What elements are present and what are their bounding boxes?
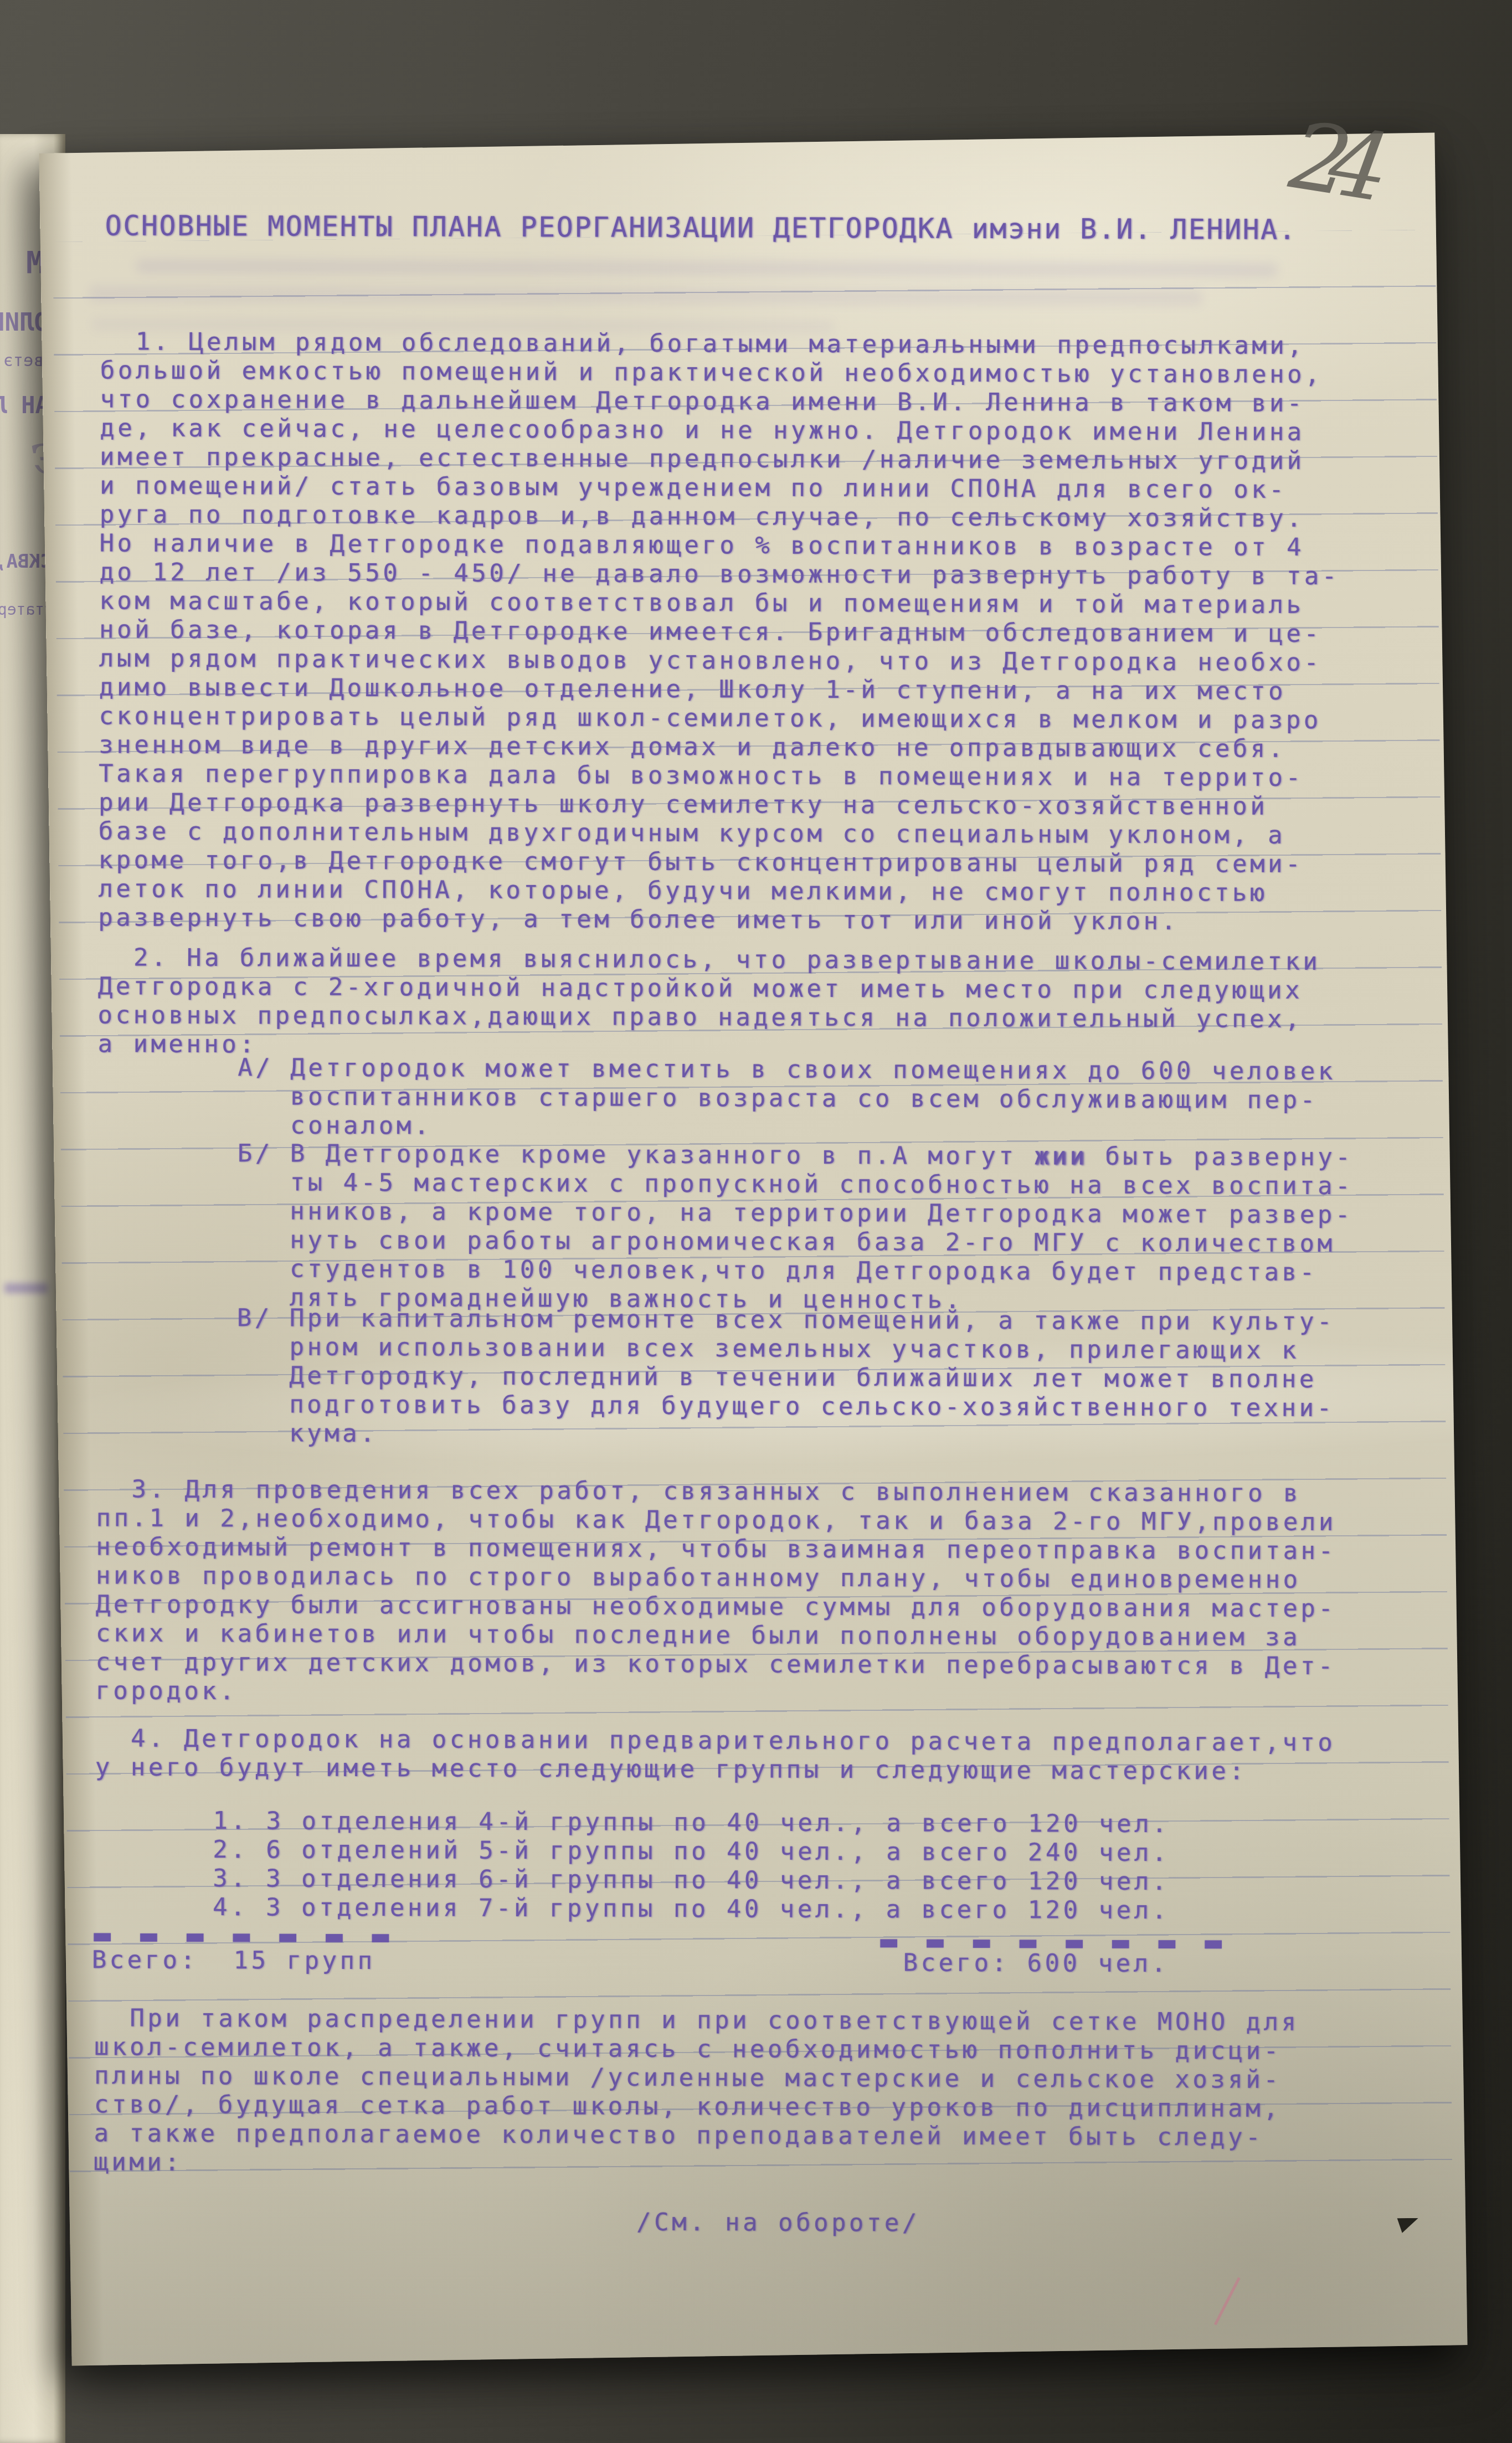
groups-list: 1. 3 отделения 4-й группы по 40 чел., а … [213,1807,1170,1925]
paragraph-3: 3. Для проведения всех работ, связанных … [95,1475,1336,1710]
item-b-marker: Б/ [238,1139,273,1168]
verso-note: /См. на обороте/ [636,2208,920,2238]
faded-ghost-line [136,259,1277,277]
paragraph-1: 1. Целым рядом обследований, богатыми ма… [98,327,1340,937]
document-page: ОСНОВНЫЕ МОМЕНТЫ ПЛАНА РЕОРГАНИЗАЦИИ ДЕТ… [39,133,1468,2366]
item-b-text: В Детгородке кроме указанного в п.А могу… [290,1140,1353,1316]
item-a-text: Детгородок может вместить в своих помеще… [290,1054,1336,1144]
total-people: Всего: 600 чел. [903,1948,1169,1978]
document-title: ОСНОВНЫЕ МОМЕНТЫ ПЛАНА РЕОРГАНИЗАЦИИ ДЕТ… [105,211,1297,244]
total-groups: Всего: 15 групп [92,1946,376,1976]
faded-ghost-line [89,285,1202,306]
item-v-marker: В/ [237,1304,272,1333]
item-v-text: При капитальном ремонте всех помещений, … [289,1304,1335,1452]
paragraph-4: 4. Детгородок на основании предварительн… [95,1724,1336,1786]
typewriter-overstrike: жии [1036,1143,1089,1171]
photo-backdrop: ОМ ПОЛИНКОПЗ Советэ НАН ЛЕЯ Є ОСКВА, М м… [0,0,1512,2443]
paragraph-5: При таком распределении групп и при соот… [94,2004,1299,2181]
typewritten-content: ОСНОВНЫЕ МОМЕНТЫ ПЛАНА РЕОРГАНИЗАЦИИ ДЕТ… [35,151,1438,2369]
item-a-marker: А/ [238,1053,273,1082]
paragraph-2: 2. На ближайшее время выяснилось, что ра… [97,943,1320,1063]
